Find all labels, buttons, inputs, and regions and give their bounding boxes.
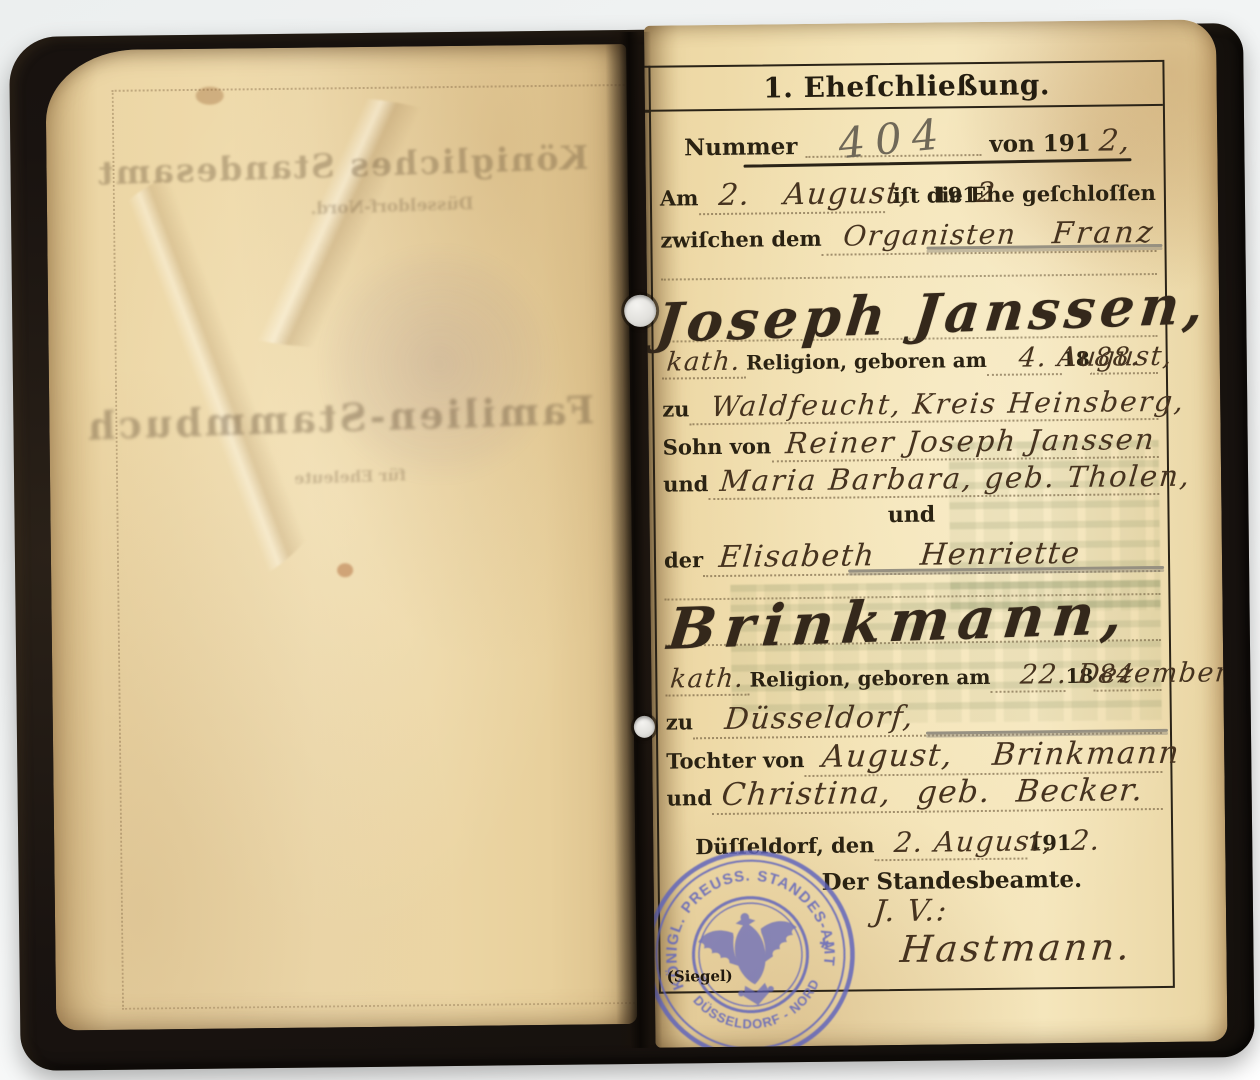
- left-page: Königliches Standesamt Düsseldorf-Nord. …: [45, 44, 637, 1031]
- showthrough-crest: [317, 243, 560, 486]
- ehe-geschlossen-label: iſt die Ehe geſchloſſen: [893, 180, 1156, 208]
- bride-religion-row: kath. Religion, geboren am 22. Dezember …: [665, 658, 1161, 697]
- punch-hole-top: [624, 295, 656, 327]
- groom-mother-script: Maria Barbara, geb. Tholen,: [719, 459, 1193, 498]
- marriage-date-field: 2. August, 191 2: [698, 176, 885, 215]
- marriage-year-script: 2: [975, 176, 997, 209]
- bride-mother-row: und Christina, geb. Becker.: [666, 772, 1162, 816]
- zu-label: zu: [662, 396, 689, 421]
- closing-date-script: 2. August,: [893, 824, 1055, 859]
- record-number-value: 404: [836, 109, 950, 169]
- bride-birthplace-row: zu Düsseldorf,: [666, 697, 1162, 740]
- siegel-label: (Siegel): [667, 967, 733, 986]
- religion-geboren-label: Religion, geboren am: [746, 348, 987, 375]
- marriage-day-script: 2.: [717, 178, 752, 213]
- bride-name-handwritten: Brinkmann,: [665, 580, 1134, 663]
- nummer-label: Nummer: [684, 133, 797, 161]
- bride-birthplace-script: Düsseldorf,: [723, 700, 915, 737]
- zu-label: zu: [666, 709, 693, 734]
- punch-hole-bottom: [634, 716, 655, 738]
- und-label: und: [667, 785, 713, 811]
- connector-row: und: [663, 499, 1159, 531]
- record-year-script: 2,: [1097, 123, 1132, 158]
- groom-birthplace-field: Waldfeucht, Kreis Heinsberg,: [689, 385, 1158, 425]
- groom-birthdate-field: 4. August,: [987, 342, 1062, 376]
- marriage-month-script: August,: [782, 176, 912, 212]
- sohn-von-label: Sohn von: [663, 433, 772, 459]
- bride-mother-script: Christina, geb. Becker.: [720, 772, 1145, 813]
- bride-religion-field: kath.: [665, 664, 750, 697]
- marriage-date-row: Am 2. August, 191 2 iſt die Ehe geſchloſ…: [660, 173, 1156, 216]
- section-title: 1. Eheſchließung.: [650, 62, 1162, 112]
- record-number-field: 404: [805, 113, 981, 158]
- record-number-row: Nummer 404 von 191 2,: [659, 111, 1156, 164]
- official-seal-stamp: KÖNIGL. PREUSS. STANDES-AMT DÜSSELDORF -…: [644, 843, 862, 1047]
- groom-mother-row: und Maria Barbara, geb. Tholen,: [663, 459, 1159, 501]
- groom-occupation-field: Organisten Franz: [821, 215, 1156, 256]
- zwischen-dem-label: zwiſchen dem: [660, 226, 822, 253]
- religion-geboren-label: Religion, geboren am: [749, 665, 990, 692]
- von-year-label: von 191: [989, 130, 1091, 158]
- und-label: und: [663, 471, 709, 497]
- groom-father-row: Sohn von Reiner Joseph Janssen: [663, 422, 1159, 464]
- tochter-von-label: Tochter von: [666, 747, 804, 774]
- bride-birthyear-script: 84: [1097, 659, 1136, 689]
- registrar-signature: Hastmann.: [898, 925, 1134, 971]
- left-page-dotted-border: [112, 84, 638, 1010]
- closing-year-script: 2.: [1070, 824, 1103, 857]
- groom-intro-row: zwiſchen dem Organisten Franz: [660, 215, 1156, 258]
- scanned-family-register: Königliches Standesamt Düsseldorf-Nord. …: [0, 0, 1260, 1080]
- groom-father-script: Reiner Joseph Janssen: [784, 422, 1157, 460]
- groom-father-field: Reiner Joseph Janssen: [771, 422, 1159, 462]
- groom-birthyear-script: 88.: [1093, 342, 1142, 373]
- signature-initials-row: J. V.:: [874, 891, 1164, 929]
- bride-birthdate-field: 22. Dezember: [990, 659, 1065, 693]
- bride-mother-field: Christina, geb. Becker.: [712, 772, 1163, 815]
- und-connector-label: und: [888, 502, 936, 529]
- ink-stain: [337, 563, 353, 577]
- right-page: 1. Eheſchließung. Nummer 404 von 191 2, …: [644, 19, 1228, 1047]
- signature-row: Hastmann.: [900, 925, 1164, 971]
- closing-date-field: 2. August,: [874, 825, 1028, 862]
- bride-religion-script: kath.: [669, 664, 746, 695]
- der-label: der: [664, 547, 703, 572]
- signature-initials: J. V.:: [872, 893, 949, 929]
- groom-mother-field: Maria Barbara, geb. Tholen,: [708, 459, 1159, 500]
- bride-father-field: August, Brinkmann: [804, 735, 1162, 777]
- bride-father-script: August, Brinkmann: [821, 735, 1182, 775]
- book: Königliches Standesamt Düsseldorf-Nord. …: [0, 0, 1260, 1080]
- groom-birthplace-row: zu Waldfeucht, Kreis Heinsberg,: [662, 385, 1158, 426]
- am-label: Am: [660, 185, 699, 210]
- groom-birthplace-script: Waldfeucht, Kreis Heinsberg,: [710, 385, 1187, 423]
